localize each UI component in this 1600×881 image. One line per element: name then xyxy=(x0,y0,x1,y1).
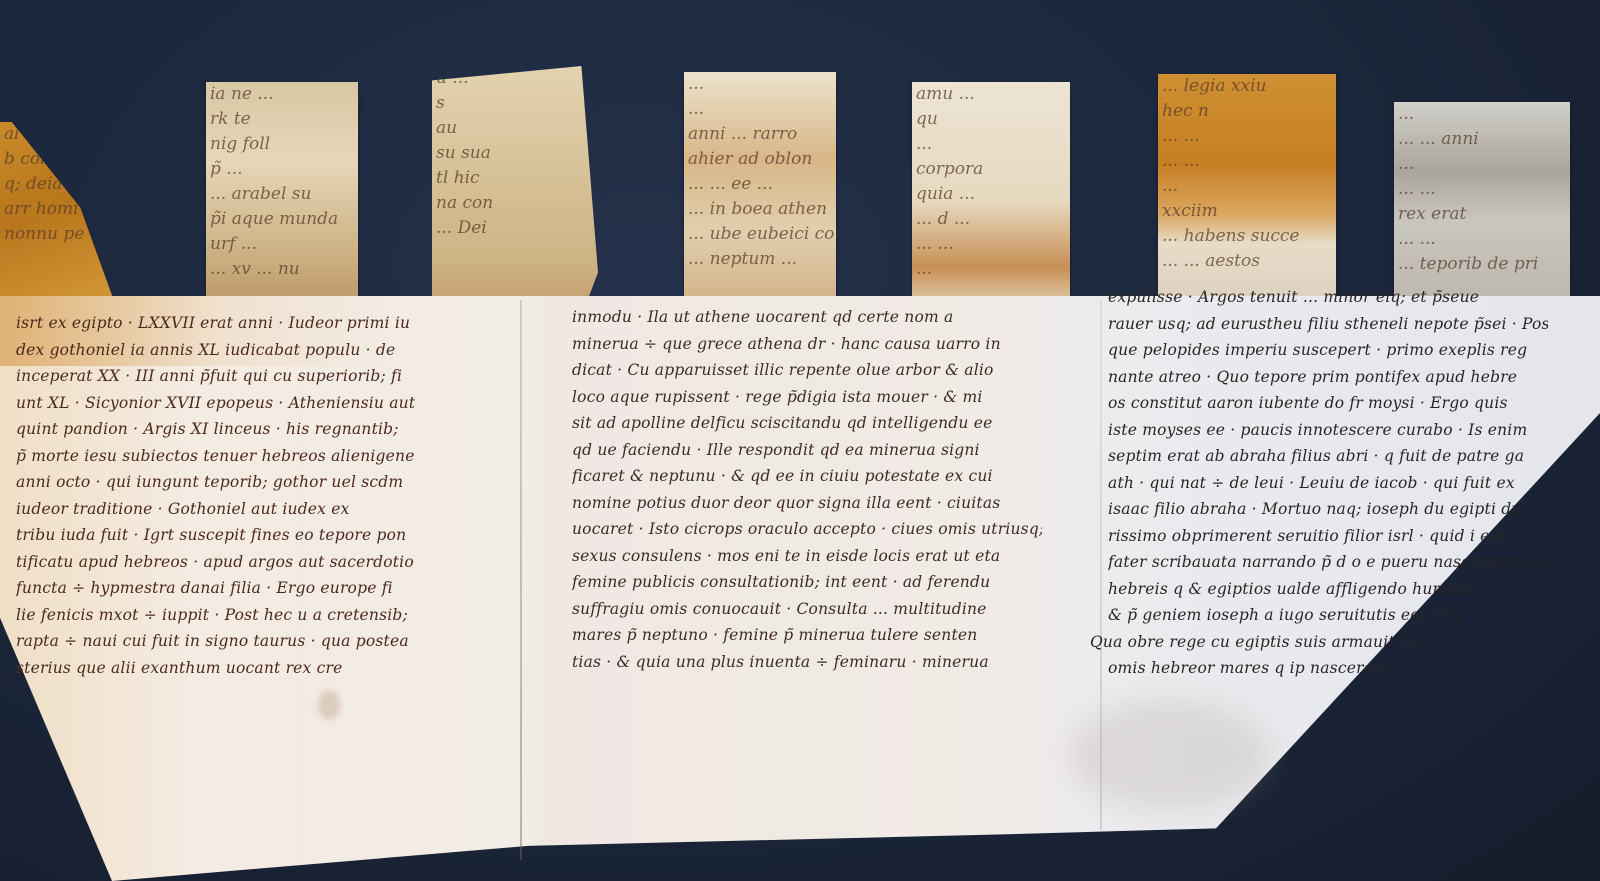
text-line: que pelopides imperiu suscepert · primo … xyxy=(1108,337,1548,364)
tab-line: ... xyxy=(684,97,836,122)
tab-line: b col xyxy=(0,147,118,172)
text-line: qd ue faciendu · Ille respondit qd ea mi… xyxy=(572,437,1042,464)
text-line: functa ÷ hypmestra danai filia · Ergo eu… xyxy=(16,575,516,602)
tab-line: nig foll xyxy=(206,132,358,157)
tab-line: ... Dei xyxy=(432,216,598,241)
parchment-tab-6: ... legia xxiu hec n ... ... ... ... ...… xyxy=(1158,74,1336,300)
tab-line: al xyxy=(0,122,118,147)
text-line: anni octo · qui iungunt teporib; gothor … xyxy=(16,469,516,496)
tab-line: arr homi xyxy=(0,197,118,222)
tab-line: hec n xyxy=(1158,99,1336,124)
tab-line: ... xyxy=(912,132,1070,157)
tab-line: ... ... xyxy=(912,232,1070,257)
text-line: sit ad apolline delficu sciscitandu qd i… xyxy=(572,410,1042,437)
tab-line: ... legia xxiu xyxy=(1158,74,1336,99)
text-column-2: inmodu · Ila ut athene uocarent qd certe… xyxy=(572,304,1042,675)
tab-line: ... ube eubeici co xyxy=(684,222,836,247)
tab-line: q; deia xyxy=(0,172,118,197)
text-line: os constitut aaron iubente do fr moysi ·… xyxy=(1108,390,1548,417)
text-column-1: isrt ex egipto · LXXVII erat anni · Iude… xyxy=(16,310,516,681)
tab-line: ... ... ee ... xyxy=(684,172,836,197)
text-line: sexus consulens · mos eni te in eisde lo… xyxy=(572,543,1042,570)
tab-line: au xyxy=(432,116,598,141)
parchment-tab-1: al b col q; deia arr homi nonnu pe xyxy=(0,122,118,312)
manuscript-photo: al b col q; deia arr homi nonnu pe ia ne… xyxy=(0,0,1600,881)
text-line: isaac filio abraha · Mortuo naq; ioseph … xyxy=(1108,496,1548,523)
text-line: nomine potius duor deor quor signa illa … xyxy=(572,490,1042,517)
parchment-tab-7: ... ... ... anni ... ... ... rex erat ..… xyxy=(1394,102,1570,300)
tab-line: ... habens succe xyxy=(1158,224,1336,249)
tab-line: ... ... xyxy=(1158,149,1336,174)
text-line: lie fenicis mxot ÷ iuppit · Post hec u a… xyxy=(16,602,516,629)
text-line: fater scribauata narrando p̃ d o e pueru… xyxy=(1108,549,1548,576)
text-line: septim erat ab abraha filius abri · q fu… xyxy=(1108,443,1548,470)
tab-line: ... d ... xyxy=(912,207,1070,232)
tab-line: ... xyxy=(1394,152,1570,177)
text-line: uocaret · Isto cicrops oraculo accepto ·… xyxy=(572,516,1042,543)
text-line: inmodu · Ila ut athene uocarent qd certe… xyxy=(572,304,1042,331)
tab-line: u ... xyxy=(432,66,598,91)
tab-line: ... xyxy=(1394,102,1570,127)
text-line: tribu iuda fuit · Igrt suscepit fines eo… xyxy=(16,522,516,549)
tab-line: nonnu pe xyxy=(0,222,118,247)
text-line: tificatu apud hebreos · apud argos aut s… xyxy=(16,549,516,576)
ink-spot xyxy=(318,690,340,720)
water-stain xyxy=(1070,700,1270,810)
tab-line: ... ... xyxy=(1158,124,1336,149)
text-line: ath · qui nat ÷ de leui · Leuiu de iacob… xyxy=(1108,470,1548,497)
tab-line: tl hic xyxy=(432,166,598,191)
text-line: tias · & quia una plus inuenta ÷ feminar… xyxy=(572,649,1042,676)
tab-line: quia ... xyxy=(912,182,1070,207)
tab-line: ... ... anni xyxy=(1394,127,1570,152)
tab-line: urf ... xyxy=(206,232,358,257)
tab-line: ... teporib de pri xyxy=(1394,252,1570,277)
tab-line: corpora xyxy=(912,157,1070,182)
text-line: omis hebreor mares q ip nascerent xyxy=(1108,655,1408,682)
tab-line: anni ... rarro xyxy=(684,122,836,147)
tab-line: rex erat xyxy=(1394,202,1570,227)
parchment-tab-5: amu ... qu ... corpora quia ... ... d ..… xyxy=(912,82,1070,300)
text-line: minerua ÷ que grece athena dr · hanc cau… xyxy=(572,331,1042,358)
tab-line: xxciim xyxy=(1158,199,1336,224)
text-line: iste moyses ee · paucis innotescere cura… xyxy=(1108,417,1548,444)
text-line: femine publicis consultationib; int eent… xyxy=(572,569,1042,596)
tab-line: rk te xyxy=(206,107,358,132)
tab-line: ahier ad oblon xyxy=(684,147,836,172)
text-line: iudeor traditione · Gothoniel aut iudex … xyxy=(16,496,516,523)
text-line: p̃ morte iesu subiectos tenuer hebreos a… xyxy=(16,443,516,470)
tab-line: ... ... xyxy=(1394,177,1570,202)
text-line: ficaret & neptunu · & qd ee in ciuiu pot… xyxy=(572,463,1042,490)
tab-line: na con xyxy=(432,191,598,216)
tab-line: ... ... aestos xyxy=(1158,249,1336,274)
text-line: rapta ÷ naui cui fuit in signo taurus · … xyxy=(16,628,516,655)
parchment-tab-4: ... ... anni ... rarro ahier ad oblon ..… xyxy=(684,72,836,300)
tab-line: ... arabel su xyxy=(206,182,358,207)
text-line: dicat · Cu apparuisset illic repente olu… xyxy=(572,357,1042,384)
tab-line: p̃i aque munda xyxy=(206,207,358,232)
tab-line: amu ... xyxy=(912,82,1070,107)
fold-crease xyxy=(520,300,522,860)
text-line: mares p̃ neptuno · femine p̃ minerua tul… xyxy=(572,622,1042,649)
text-line: hebreis q & egiptios ualde affligendo hu… xyxy=(1108,576,1508,603)
text-line: quint pandion · Argis XI linceus · his r… xyxy=(16,416,516,443)
parchment-tab-3: u ... s au su sua tl hic na con ... Dei xyxy=(432,66,598,306)
tab-line: ... xyxy=(684,72,836,97)
tab-line: qu xyxy=(912,107,1070,132)
text-line: isrt ex egipto · LXXVII erat anni · Iude… xyxy=(16,310,516,337)
text-line: sterius que alii exanthum uocant rex cre xyxy=(16,655,516,682)
text-line: unt XL · Sicyonior XVII epopeus · Atheni… xyxy=(16,390,516,417)
parchment-tab-2: ia ne ... rk te nig foll p̃ ... ... arab… xyxy=(206,82,358,312)
tab-line: ... ... xyxy=(1394,227,1570,252)
text-line: loco aque rupissent · rege p̃digia ista … xyxy=(572,384,1042,411)
tab-line: ... xv ... nu xyxy=(206,257,358,282)
tab-line: su sua xyxy=(432,141,598,166)
text-line: rissimo obprimerent seruitio filior isrl… xyxy=(1108,523,1548,550)
tab-line: ... xyxy=(1158,174,1336,199)
text-line: Qua obre rege cu egiptis suis armauit co xyxy=(1090,629,1430,656)
text-line: dex gothoniel ia annis XL iudicabat popu… xyxy=(16,337,516,364)
tab-line: ... xyxy=(912,257,1070,282)
tab-line: s xyxy=(432,91,598,116)
text-line: inceperat XX · III anni p̃fuit qui cu su… xyxy=(16,363,516,390)
tab-line: ... in boea athen xyxy=(684,197,836,222)
text-line: expulisse · Argos tenuit ... minor eiq; … xyxy=(1108,284,1548,311)
text-column-3: expulisse · Argos tenuit ... minor eiq; … xyxy=(1108,284,1548,682)
text-line: rauer usq; ad eurustheu filiu stheneli n… xyxy=(1108,311,1548,338)
text-line: nante atreo · Quo tepore prim pontifex a… xyxy=(1108,364,1548,391)
tab-line: ... neptum ... xyxy=(684,247,836,272)
text-line: & p̃ geniem ioseph a iugo seruitutis eor… xyxy=(1108,602,1478,629)
text-line: suffragiu omis conuocauit · Consulta ...… xyxy=(572,596,1042,623)
tab-line: ia ne ... xyxy=(206,82,358,107)
tab-line: p̃ ... xyxy=(206,157,358,182)
